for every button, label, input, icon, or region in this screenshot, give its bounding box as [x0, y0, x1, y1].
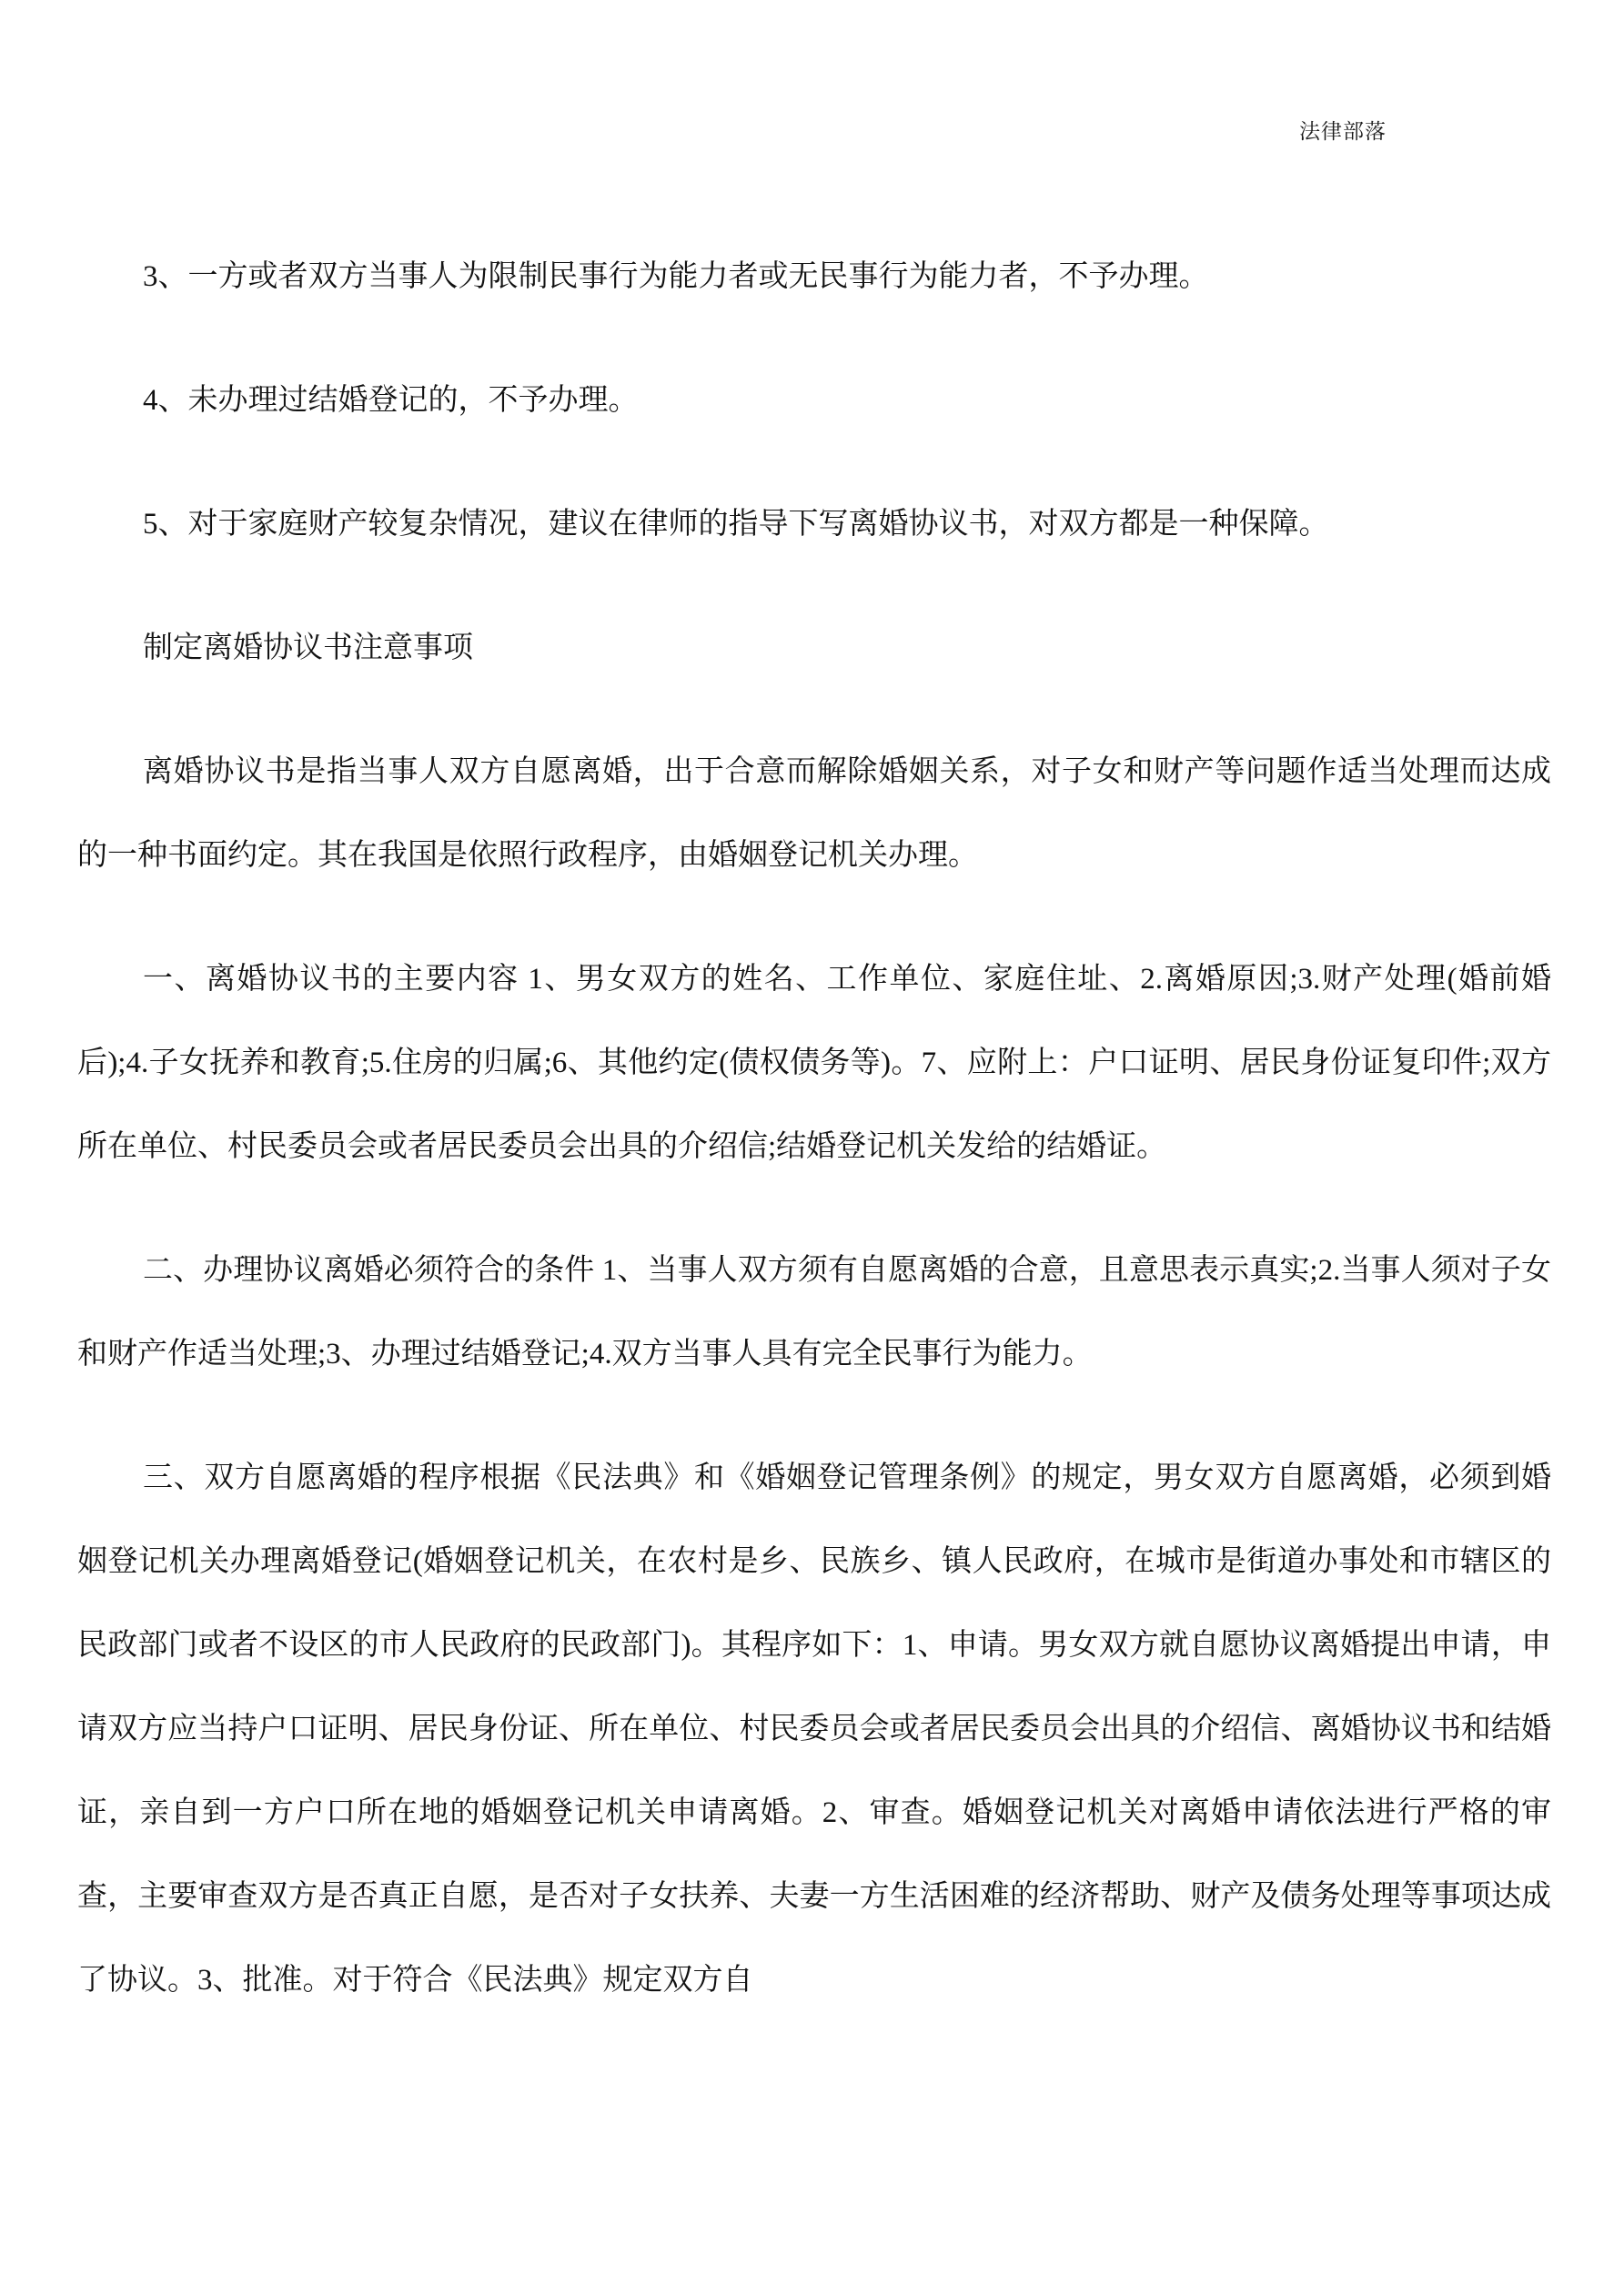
paragraph-section-three: 三、双方自愿离婚的程序根据《民法典》和《婚姻登记管理条例》的规定，男女双方自愿离… [77, 1436, 1551, 2022]
paragraph-definition: 离婚协议书是指当事人双方自愿离婚，出于合意而解除婚姻关系，对子女和财产等问题作适… [77, 730, 1551, 897]
paragraph-section-title: 制定离婚协议书注意事项 [77, 606, 1551, 690]
paragraph-item-5: 5、对于家庭财产较复杂情况，建议在律师的指导下写离婚协议书，对双方都是一种保障。 [77, 482, 1551, 566]
header-watermark: 法律部落 [1299, 115, 1387, 145]
document-page: 法律部落 3、一方或者双方当事人为限制民事行为能力者或无民事行为能力者，不予办理… [0, 0, 1624, 2296]
document-body: 3、一方或者双方当事人为限制民事行为能力者或无民事行为能力者，不予办理。 4、未… [77, 235, 1551, 2062]
paragraph-item-4: 4、未办理过结婚登记的，不予办理。 [77, 359, 1551, 442]
paragraph-section-two: 二、办理协议离婚必须符合的条件 1、当事人双方须有自愿离婚的合意，且意思表示真实… [77, 1229, 1551, 1396]
paragraph-section-one: 一、离婚协议书的主要内容 1、男女双方的姓名、工作单位、家庭住址、2.离婚原因;… [77, 937, 1551, 1188]
paragraph-item-3: 3、一方或者双方当事人为限制民事行为能力者或无民事行为能力者，不予办理。 [77, 235, 1551, 319]
